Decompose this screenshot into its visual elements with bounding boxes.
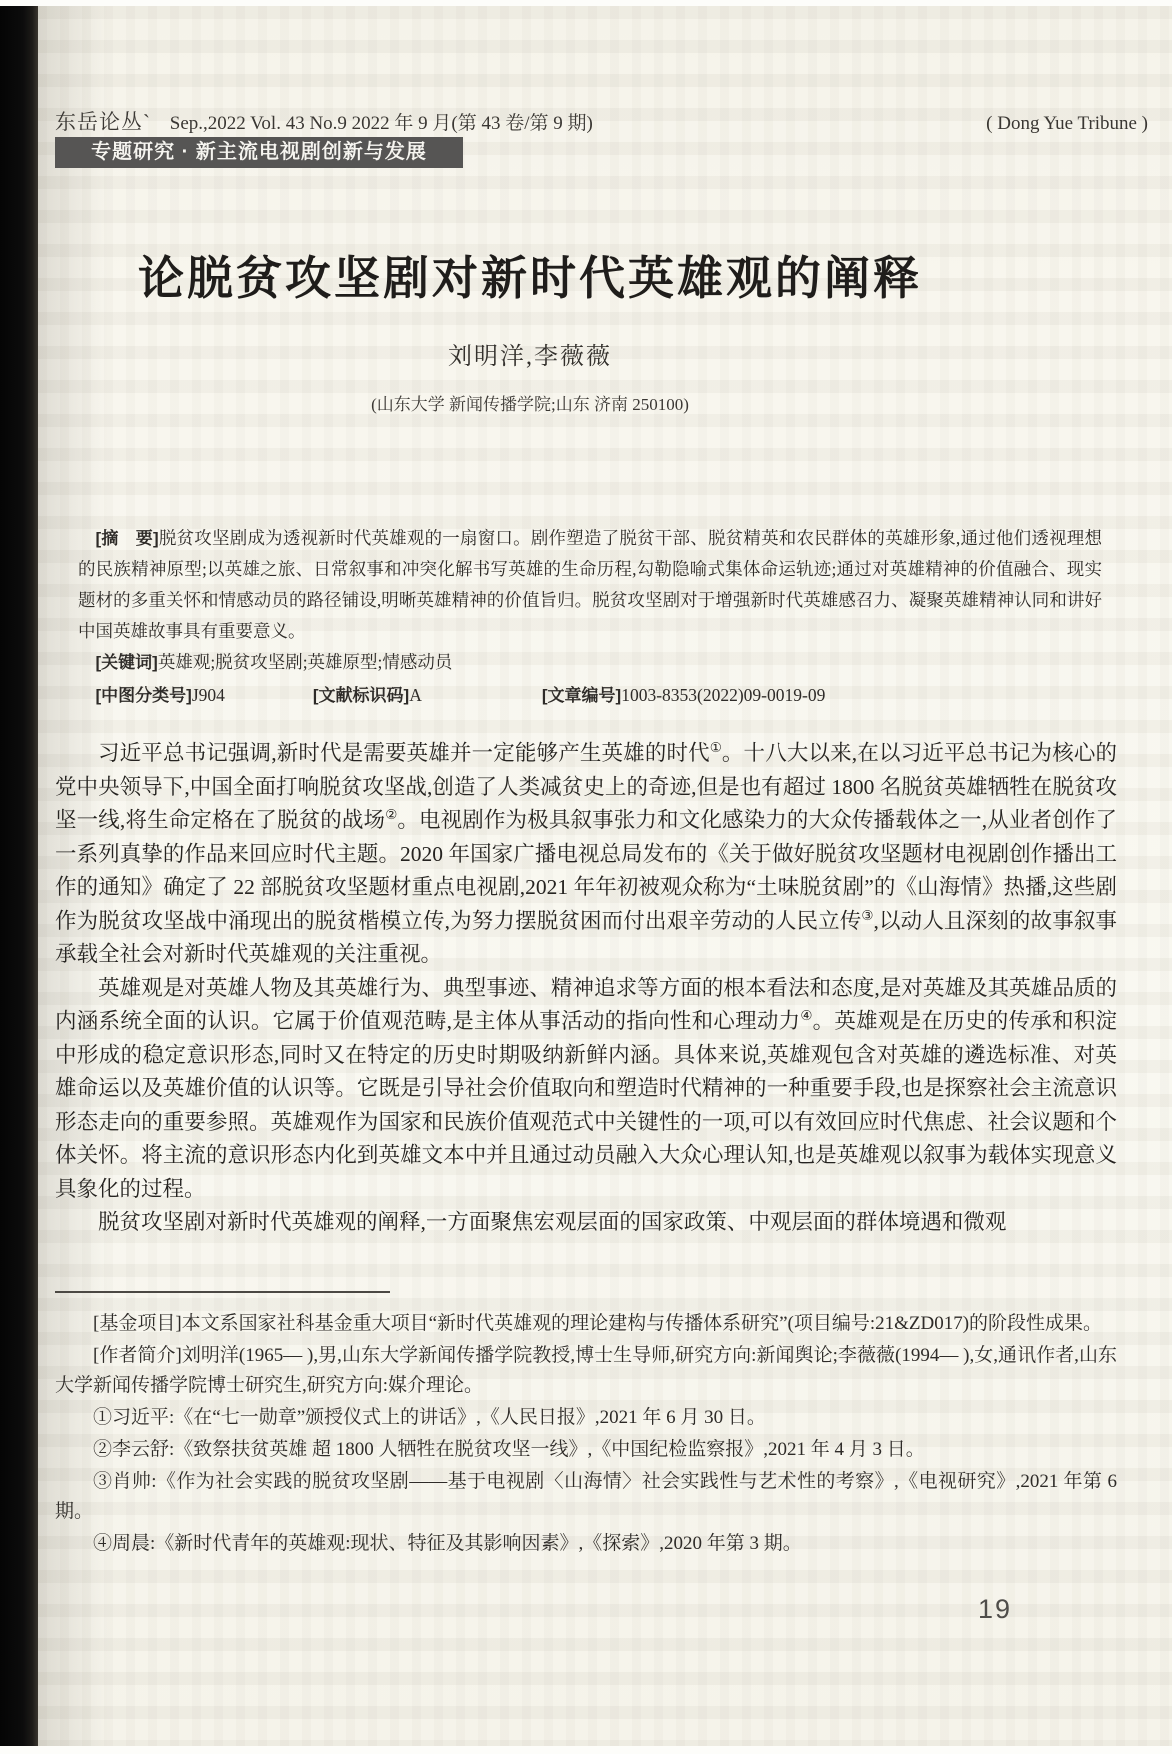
body-text-segment: 习近平总书记强调,新时代是需要英雄并一定能够产生英雄的时代 (98, 741, 710, 765)
abstract-paragraph: [摘 要]脱贫攻坚剧成为透视新时代英雄观的一扇窗口。剧作塑造了脱贫干部、脱贫精英… (78, 523, 1102, 647)
meta-line: [中图分类号]J904[文献标识码]A[文章编号]1003-8353(2022)… (78, 680, 1102, 711)
article-title: 论脱贫攻坚剧对新时代英雄观的阐释 (38, 242, 1172, 308)
article-body: 习近平总书记强调,新时代是需要英雄并一定能够产生英雄的时代①。十八大以来,在以习… (55, 737, 1117, 1240)
journal-header: 东岳论丛` Sep.,2022 Vol. 43 No.9 2022 年 9 月(… (55, 106, 1148, 136)
body-text-segment: 。英雄观是在历史的传承和积淀中形成的稳定意识形态,同时又在特定的历史时期吸纳新鲜… (55, 1009, 1117, 1201)
body-paragraph: 英雄观是对英雄人物及其英雄行为、典型事迹、精神追求等方面的根本看法和态度,是对英… (55, 972, 1117, 1207)
page-number: 19 (978, 1594, 1012, 1625)
footnote-marker: ④ (800, 1008, 812, 1023)
footnote-marker: ① (710, 740, 722, 755)
keywords-label: [关键词] (96, 653, 158, 672)
paper-page: 东岳论丛` Sep.,2022 Vol. 43 No.9 2022 年 9 月(… (38, 6, 1172, 1746)
footnotes: [基金项目]本文系国家社科基金重大项目“新时代英雄观的理论建构与传播体系研究”(… (55, 1291, 1117, 1561)
abstract-label: [摘 要] (96, 529, 159, 548)
journal-header-left: 东岳论丛` Sep.,2022 Vol. 43 No.9 2022 年 9 月(… (55, 106, 593, 136)
keywords-text: 英雄观;脱贫攻坚剧;英雄原型;情感动员 (158, 652, 453, 672)
journal-name-english: ( Dong Yue Tribune ) (986, 113, 1148, 135)
footnote-item: ②李云舒:《致祭扶贫英雄 超 1800 人牺牲在脱贫攻坚一线》,《中国纪检监察报… (55, 1435, 1117, 1465)
clc-number: [中图分类号]J904 (96, 685, 225, 705)
footnote-separator (55, 1291, 390, 1293)
document-code: [文献标识码]A (313, 685, 422, 705)
abstract-block: [摘 要]脱贫攻坚剧成为透视新时代英雄观的一扇窗口。剧作塑造了脱贫干部、脱贫精英… (78, 523, 1102, 711)
book-spine-shadow (0, 6, 38, 1746)
footnote-marker: ③ (861, 907, 873, 922)
footnote-item: ④周晨:《新时代青年的英雄观:现状、特征及其影响因素》,《探索》,2020 年第… (55, 1529, 1117, 1559)
footnote-item: [作者简介]刘明洋(1965— ),男,山东大学新闻传播学院教授,博士生导师,研… (55, 1341, 1117, 1401)
section-banner: 专题研究 · 新主流电视剧创新与发展 (55, 137, 463, 168)
article-id: [文章编号]1003-8353(2022)09-0019-09 (542, 685, 825, 705)
keywords-line: [关键词]英雄观;脱贫攻坚剧;英雄原型;情感动员 (78, 647, 1102, 678)
footnote-list: [基金项目]本文系国家社科基金重大项目“新时代英雄观的理论建构与传播体系研究”(… (55, 1309, 1117, 1559)
journal-issue-info: Sep.,2022 Vol. 43 No.9 2022 年 9 月(第 43 卷… (170, 113, 593, 134)
journal-name: 东岳论丛` (55, 110, 151, 134)
body-paragraph: 脱贫攻坚剧对新时代英雄观的阐释,一方面聚焦宏观层面的国家政策、中观层面的群体境遇… (55, 1206, 1117, 1240)
footnote-marker: ② (385, 807, 397, 822)
body-text-segment: 脱贫攻坚剧对新时代英雄观的阐释,一方面聚焦宏观层面的国家政策、中观层面的群体境遇… (98, 1210, 1006, 1234)
abstract-text: 脱贫攻坚剧成为透视新时代英雄观的一扇窗口。剧作塑造了脱贫干部、脱贫精英和农民群体… (78, 528, 1102, 641)
footnote-item: ③肖帅:《作为社会实践的脱贫攻坚剧——基于电视剧〈山海情〉社会实践性与艺术性的考… (55, 1467, 1117, 1527)
article-authors: 刘明洋,李薇薇 (38, 336, 1172, 371)
scanned-page: 东岳论丛` Sep.,2022 Vol. 43 No.9 2022 年 9 月(… (0, 0, 1172, 1754)
footnote-item: [基金项目]本文系国家社科基金重大项目“新时代英雄观的理论建构与传播体系研究”(… (55, 1309, 1117, 1339)
author-affiliation: (山东大学 新闻传播学院;山东 济南 250100) (38, 390, 1172, 415)
body-paragraph: 习近平总书记强调,新时代是需要英雄并一定能够产生英雄的时代①。十八大以来,在以习… (55, 737, 1117, 972)
footnote-item: ①习近平:《在“七一勋章”颁授仪式上的讲话》,《人民日报》,2021 年 6 月… (55, 1403, 1117, 1433)
